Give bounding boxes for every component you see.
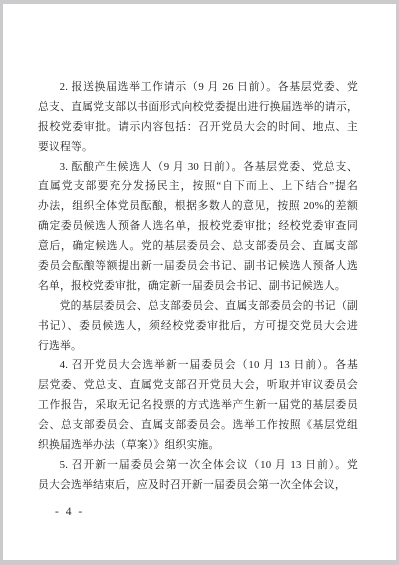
- document-body: 2. 报送换届选举工作请示（9 月 26 日前）。各基层党委、党总支、直属党支部…: [38, 78, 358, 496]
- text-line: 直属党支部要充分发扬民主，按照“自下而上、上下结合”提名: [38, 177, 358, 197]
- text-line: 层党委、党总支、直属党支部召开党员大会，听取并审议委员会: [38, 376, 358, 396]
- text-line: 员大会选举结束后，应及时召开新一届委员会第一次全体会议，: [38, 476, 358, 496]
- text-line: 确定委员候选人预备人选名单，报校党委审批；经校党委审查同: [38, 217, 358, 237]
- text-line: 行选举。: [38, 337, 358, 357]
- page-number: - 4 -: [55, 506, 358, 518]
- text-line: 办法，组织全体党员酝酿，根据多数人的意见，按照 20%的差额: [38, 197, 358, 217]
- scan-border-frame: 2. 报送换届选举工作请示（9 月 26 日前）。各基层党委、党总支、直属党支部…: [0, 0, 399, 565]
- text-line: 工作报告，采取无记名投票的方式选举产生新一届党的基层委员: [38, 396, 358, 416]
- text-line: 总支、直属党支部以书面形式向校党委提出进行换届选举的请示，: [38, 98, 358, 118]
- text-line: 要议程等。: [38, 138, 358, 158]
- text-line: 党的基层委员会、总支部委员会、直属支部委员会的书记（副: [38, 297, 358, 317]
- text-line: 4. 召开党员大会选举新一届委员会（10 月 13 日前）。各基: [38, 356, 358, 376]
- text-line: 意后，确定候选人。党的基层委员会、总支部委员会、直属支部: [38, 237, 358, 257]
- text-line: 书记）、委员候选人，须经校党委审批后，方可提交党员大会进: [38, 317, 358, 337]
- document-page: 2. 报送换届选举工作请示（9 月 26 日前）。各基层党委、党总支、直属党支部…: [3, 4, 396, 560]
- text-line: 2. 报送换届选举工作请示（9 月 26 日前）。各基层党委、党: [38, 78, 358, 98]
- text-line: 3. 酝酿产生候选人（9 月 30 日前）。各基层党委、党总支、: [38, 158, 358, 178]
- text-line: 5. 召开新一届委员会第一次全体会议（10 月 13 日前）。党: [38, 456, 358, 476]
- text-line: 织换届选举办法（草案）》组织实施。: [38, 436, 358, 456]
- text-line: 名单，报校党委审批，确定新一届委员会书记、副书记候选人。: [38, 277, 358, 297]
- text-line: 会、总支部委员会、直属支部委员会。选举工作按照《基层党组: [38, 416, 358, 436]
- text-line: 委员会酝酿等额提出新一届委员会书记、副书记候选人预备人选: [38, 257, 358, 277]
- text-line: 报校党委审批。请示内容包括：召开党员大会的时间、地点、主: [38, 118, 358, 138]
